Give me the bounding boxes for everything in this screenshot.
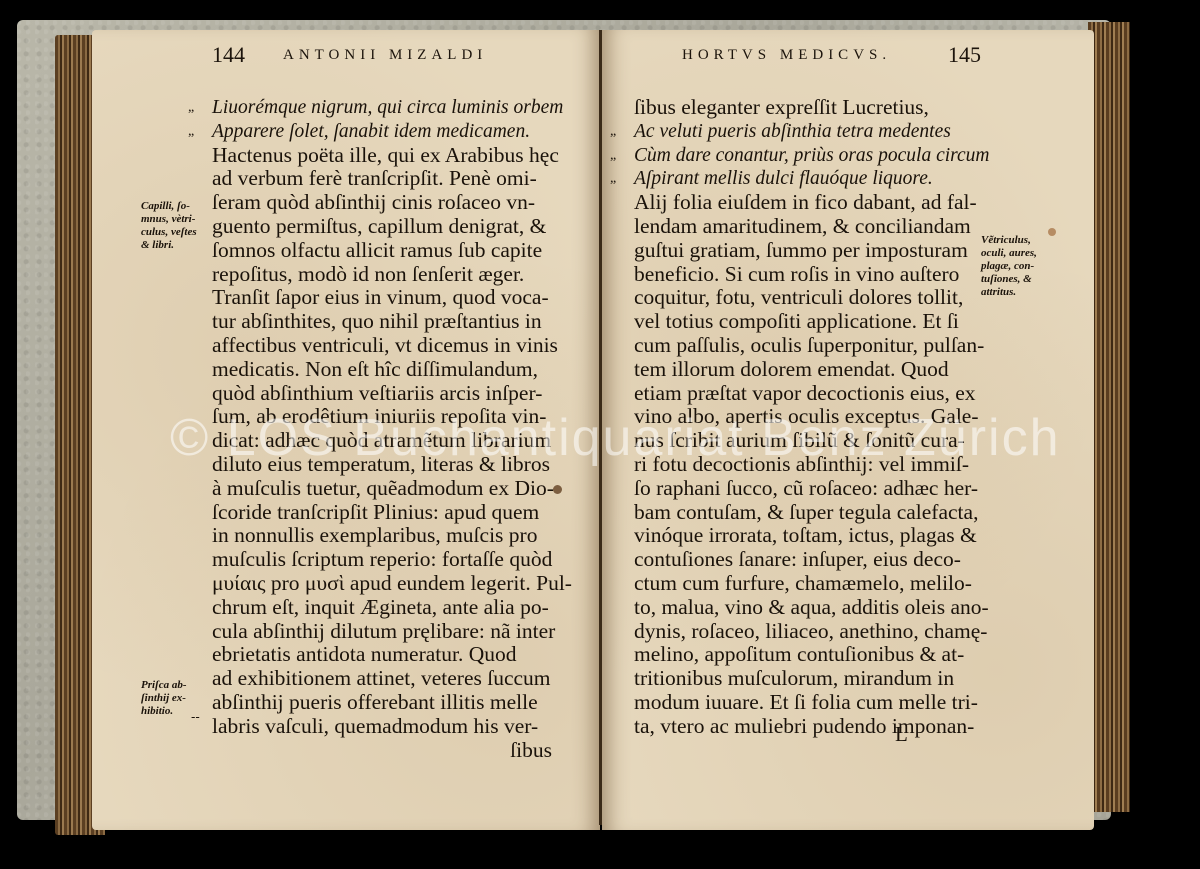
right-page-number: 145 [948,42,981,68]
margin-note-line: oculi, aures, [981,247,1037,260]
margin-note-line: hibitio. [141,705,187,718]
line-text: dynis, roſaceo, liliaceo, anethino, cham… [634,619,987,643]
line-text: Alij folia eiuſdem in fico dabant, ad fa… [634,190,977,214]
text-line: tem illorum dolorem emendat. Quod [634,358,974,382]
left-page-text: „Liuorémque nigrum, qui circa luminis or… [212,96,552,762]
line-text: ſo raphani ſucco, cũ roſaceo: adhæc her- [634,476,978,500]
text-line: vel totius compoſiti applicatione. Et ſi [634,310,974,334]
text-line: labris vaſculi, quemadmodum his ver- [212,715,552,739]
text-line: Tranſit ſapor eius in vinum, quod voca- [212,286,552,310]
line-text: Ac veluti pueris abſinthia tetra medente… [634,121,951,142]
line-text: tem illorum dolorem emendat. Quod [634,357,949,381]
text-line: contuſiones ſanare: inſuper, eius deco- [634,548,974,572]
text-line: „Ac veluti pueris abſinthia tetra medent… [634,120,974,144]
right-page-text: ſibus eleganter expreſſit Lucretius,„Ac … [634,96,974,739]
signature-mark: L [895,722,908,747]
margin-note-line: plagæ, con- [981,260,1037,273]
text-line: dicat: adhæc quòd atramẽtum librarium [212,429,552,453]
line-text: guſtui gratiam, ſummo per imposturam [634,238,968,262]
margin-note-line: tuſiones, & [981,273,1037,286]
text-line: guſtui gratiam, ſummo per imposturam [634,239,974,263]
text-line: ta, vtero ac muliebri pudendo imponan- [634,715,974,739]
pointer-dash: -- [191,710,200,725]
text-line: cula abſinthij dilutum pręlibare: nã int… [212,620,552,644]
text-line: „Apparere ſolet, ſanabit idem medicamen. [212,120,552,144]
quote-marker: „ [610,144,616,168]
line-text: modum iuuare. Et ſi folia cum melle tri- [634,690,978,714]
line-text: abſinthij pueris offerebant illitis mell… [212,690,538,714]
margin-note-line: mnus, vètri- [141,213,197,226]
line-text: vel totius compoſiti applicatione. Et ſi [634,309,959,333]
text-line: ſomnos olfactu allicit ramus ſub capite [212,239,552,263]
margin-note-line: attritus. [981,286,1037,299]
left-running-head: ANTONII MIZALDI [283,47,487,64]
margin-note-line: culus, veſtes [141,226,197,239]
line-text: ſibus eleganter expreſſit Lucretius, [634,95,929,119]
text-line: muſculis ſcriptum reperio: fortaſſe quòd [212,548,552,572]
text-line: repoſitus, modò id non ſenſerit æger. [212,263,552,287]
text-line: ſibus [212,739,552,763]
line-text: ctum cum furfure, chamæmelo, melilo- [634,571,972,595]
margin-note-line: Vẽtriculus, [981,234,1037,247]
line-text: à muſculis tuetur, quẽadmodum ex Dio- [212,476,554,500]
text-line: ſo raphani ſucco, cũ roſaceo: adhæc her- [634,477,974,501]
line-text: ſomnos olfactu allicit ramus ſub capite [212,238,542,262]
text-line: medicatis. Non eſt hîc diſſimulandum, [212,358,552,382]
line-text: bam contuſam, & ſuper tegula calefacta, [634,500,978,524]
text-line: ri fotu decoctionis abſinthij: vel immiſ… [634,453,974,477]
quote-marker: „ [610,120,616,144]
text-line: „Cùm dare conantur, priùs oras pocula ci… [634,144,974,168]
line-text: guento permiſtus, capillum denigrat, & [212,214,546,238]
margin-note-line: Priſca ab- [141,679,187,692]
text-line: μυίαις pro μυσὶ apud eundem legerit. Pul… [212,572,552,596]
text-line: etiam præſtat vapor decoctionis eius, ex [634,382,974,406]
text-line: in nonnullis exemplaribus, muſcis pro [212,524,552,548]
margin-note-line: & libri. [141,239,197,252]
text-line: chrum eſt, inquit Ægineta, ante alia po- [212,596,552,620]
line-text: etiam præſtat vapor decoctionis eius, ex [634,381,976,405]
line-text: ſcoride tranſcripſit Plinius: apud quem [212,500,539,524]
text-line: affectibus ventriculi, vt dicemus in vin… [212,334,552,358]
text-line: ſum, ab erodêtium iniuriis repoſita vin- [212,405,552,429]
margin-note-line: Capilli, ſo- [141,200,197,213]
text-line: abſinthij pueris offerebant illitis mell… [212,691,552,715]
line-text: Liuorémque nigrum, qui circa luminis orb… [212,97,563,118]
line-text: nus ſcribit aurium ſibilũ & ſonitũ cura- [634,428,965,452]
line-text: to, malua, vino & aqua, additis oleis an… [634,595,989,619]
text-line: „Aſpirant mellis dulci flauóque liquore. [634,167,974,191]
text-line: beneficio. Si cum roſis in vino auſtero [634,263,974,287]
text-line: ſcoride tranſcripſit Plinius: apud quem [212,501,552,525]
text-line: quòd abſinthium veſtiariis arcis inſper- [212,382,552,406]
page-edges-right [1088,22,1130,812]
line-text: affectibus ventriculi, vt dicemus in vin… [212,333,558,357]
text-line: ſibus eleganter expreſſit Lucretius, [634,96,974,120]
text-line: tritionibus muſculorum, mirandum in [634,667,974,691]
ink-stain [553,485,562,494]
line-text: chrum eſt, inquit Ægineta, ante alia po- [212,595,549,619]
line-text: dicat: adhæc quòd atramẽtum librarium [212,428,551,452]
text-line: diluto eius temperatum, literas & libros [212,453,552,477]
line-text: tritionibus muſculorum, mirandum in [634,666,954,690]
margin-note-prisca: Priſca ab-ſinthij ex-hibitio. [141,679,187,718]
line-text: tur abſinthites, quo nihil præſtantius i… [212,309,542,333]
margin-note-ventriculus: Vẽtriculus,oculi, aures,plagæ, con-tuſio… [981,234,1037,299]
line-text: muſculis ſcriptum reperio: fortaſſe quòd [212,547,552,571]
line-text: ad exhibitionem attinet, veteres ſuccum [212,666,551,690]
line-text: cum paſſulis, oculis ſuperponitur, pulſa… [634,333,984,357]
line-text: ſeram quòd abſinthij cinis roſaceo vn- [212,190,535,214]
line-text: Cùm dare conantur, priùs oras pocula cir… [634,145,990,166]
text-line: melino, appoſitum contuſionibus & at- [634,643,974,667]
text-line: ebrietatis antidota numeratur. Quod [212,643,552,667]
text-line: guento permiſtus, capillum denigrat, & [212,215,552,239]
text-line: cum paſſulis, oculis ſuperponitur, pulſa… [634,334,974,358]
line-text: vino albo, apertis oculis exceptus. Gale… [634,404,979,428]
text-line: Alij folia eiuſdem in fico dabant, ad fa… [634,191,974,215]
line-text: lendam amaritudinem, & conciliandam [634,214,971,238]
line-text: vinóque irrorata, toſtam, ictus, plagas … [634,523,977,547]
margin-note-line: ſinthij ex- [141,692,187,705]
line-text: cula abſinthij dilutum pręlibare: nã int… [212,619,555,643]
line-text: quòd abſinthium veſtiariis arcis inſper- [212,381,542,405]
line-text: ta, vtero ac muliebri pudendo imponan- [634,714,974,738]
line-text: medicatis. Non eſt hîc diſſimulandum, [212,357,538,381]
line-text: contuſiones ſanare: inſuper, eius deco- [634,547,961,571]
text-line: à muſculis tuetur, quẽadmodum ex Dio- [212,477,552,501]
line-text: Tranſit ſapor eius in vinum, quod voca- [212,285,549,309]
foxing-spot [1048,228,1056,236]
line-text: ri fotu decoctionis abſinthij: vel immiſ… [634,452,969,476]
text-line: coquitur, fotu, ventriculi dolores tolli… [634,286,974,310]
right-running-head: HORTVS MEDICVS. [682,47,891,64]
text-line: dynis, roſaceo, liliaceo, anethino, cham… [634,620,974,644]
line-text: Apparere ſolet, ſanabit idem medicamen. [212,121,530,142]
text-line: ctum cum furfure, chamæmelo, melilo- [634,572,974,596]
line-text: beneficio. Si cum roſis in vino auſtero [634,262,959,286]
quote-marker: „ [188,120,194,144]
line-text: ſum, ab erodêtium iniuriis repoſita vin- [212,404,546,428]
text-line: modum iuuare. Et ſi folia cum melle tri- [634,691,974,715]
line-text: ſibus [510,738,552,762]
text-line: ad verbum ferè tranſcripſit. Penè omi- [212,167,552,191]
line-text: ebrietatis antidota numeratur. Quod [212,642,517,666]
left-page-number: 144 [212,42,245,68]
line-text: in nonnullis exemplaribus, muſcis pro [212,523,537,547]
line-text: diluto eius temperatum, literas & libros [212,452,550,476]
text-line: ad exhibitionem attinet, veteres ſuccum [212,667,552,691]
quote-marker: „ [610,167,616,191]
text-line: bam contuſam, & ſuper tegula calefacta, [634,501,974,525]
line-text: coquitur, fotu, ventriculi dolores tolli… [634,285,963,309]
line-text: labris vaſculi, quemadmodum his ver- [212,714,538,738]
line-text: μυίαις pro μυσὶ apud eundem legerit. Pul… [212,571,572,595]
text-line: vino albo, apertis oculis exceptus. Gale… [634,405,974,429]
line-text: melino, appoſitum contuſionibus & at- [634,642,964,666]
text-line: nus ſcribit aurium ſibilũ & ſonitũ cura- [634,429,974,453]
margin-note-capilli: Capilli, ſo-mnus, vètri-culus, veſtes& l… [141,200,197,252]
line-text: Aſpirant mellis dulci flauóque liquore. [634,168,933,189]
quote-marker: „ [188,96,194,120]
line-text: ad verbum ferè tranſcripſit. Penè omi- [212,166,537,190]
text-line: Hactenus poëta ille, qui ex Arabibus hęc [212,144,552,168]
text-line: vinóque irrorata, toſtam, ictus, plagas … [634,524,974,548]
line-text: repoſitus, modò id non ſenſerit æger. [212,262,524,286]
line-text: Hactenus poëta ille, qui ex Arabibus hęc [212,143,559,167]
text-line: „Liuorémque nigrum, qui circa luminis or… [212,96,552,120]
text-line: lendam amaritudinem, & conciliandam [634,215,974,239]
text-line: ſeram quòd abſinthij cinis roſaceo vn- [212,191,552,215]
text-line: to, malua, vino & aqua, additis oleis an… [634,596,974,620]
text-line: tur abſinthites, quo nihil præſtantius i… [212,310,552,334]
